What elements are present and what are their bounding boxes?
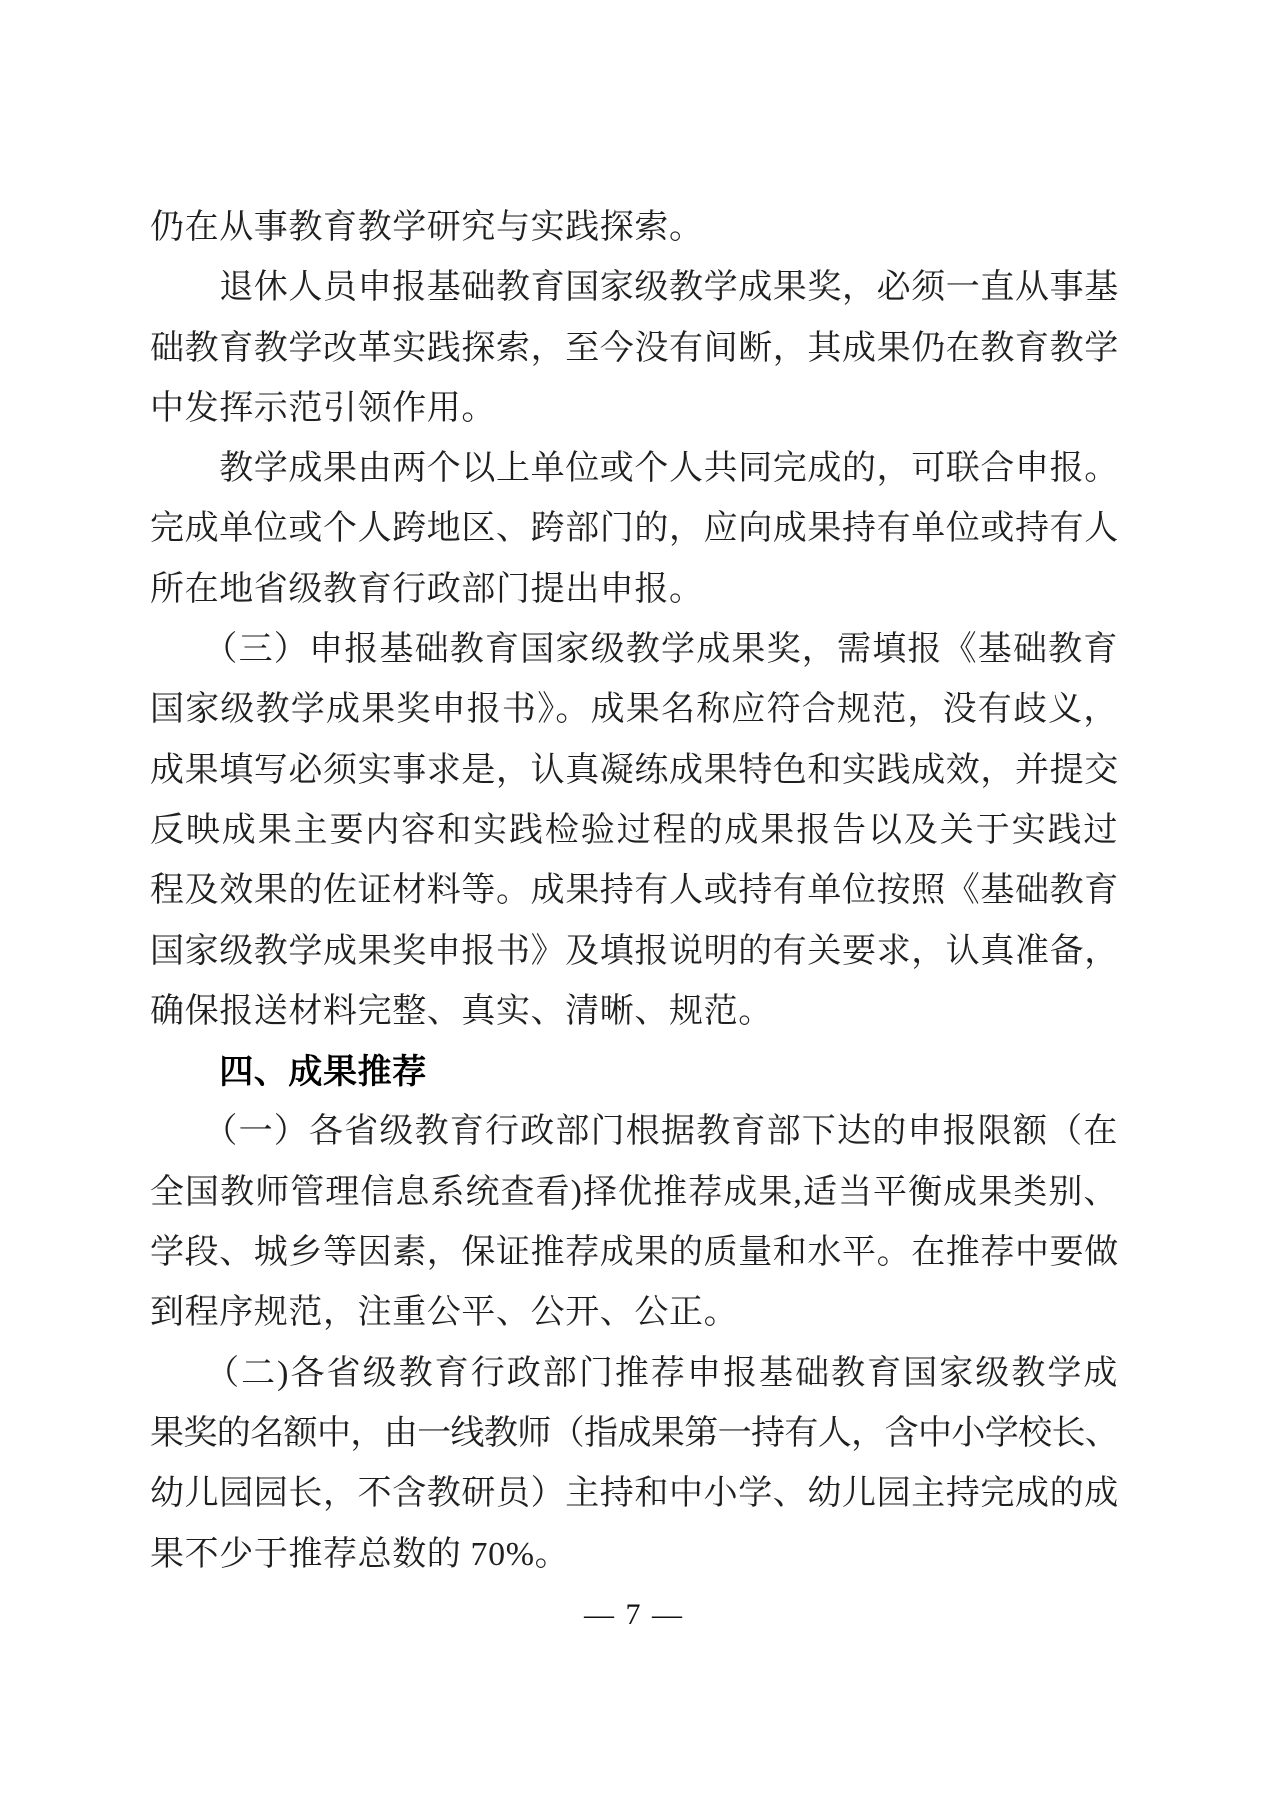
text-line: 到程序规范，注重公平、公开、公正。 — [150, 1283, 1118, 1343]
section-heading: 四、成果推荐 — [150, 1042, 1118, 1102]
text-line: 全国教师管理信息系统查看)择优推荐成果,适当平衡成果类别、 — [150, 1163, 1118, 1223]
text-line: 果奖的名额中，由一线教师（指成果第一持有人，含中小学校长、 — [150, 1404, 1118, 1464]
text-line: 反映成果主要内容和实践检验过程的成果报告以及关于实践过 — [150, 801, 1118, 861]
text-line: （二)各省级教育行政部门推荐申报基础教育国家级教学成 — [150, 1344, 1118, 1404]
text-line: 础教育教学改革实践探索，至今没有间断，其成果仍在教育教学 — [150, 319, 1118, 379]
document-body: 仍在从事教育教学研究与实践探索。 退休人员申报基础教育国家级教学成果奖，必须一直… — [150, 198, 1118, 1645]
text-line: 退休人员申报基础教育国家级教学成果奖，必须一直从事基 — [150, 258, 1118, 318]
text-line: 仍在从事教育教学研究与实践探索。 — [150, 198, 1118, 258]
text-line: 成果填写必须实事求是，认真凝练成果特色和实践成效，并提交 — [150, 741, 1118, 801]
text-line: 幼儿园园长，不含教研员）主持和中小学、幼儿园主持完成的成 — [150, 1464, 1118, 1524]
document-page: 仍在从事教育教学研究与实践探索。 退休人员申报基础教育国家级教学成果奖，必须一直… — [0, 0, 1280, 1810]
text-line: 教学成果由两个以上单位或个人共同完成的，可联合申报。 — [150, 439, 1118, 499]
text-line: 确保报送材料完整、真实、清晰、规范。 — [150, 982, 1118, 1042]
text-line: （三）申报基础教育国家级教学成果奖，需填报《基础教育 — [150, 620, 1118, 680]
text-line: 所在地省级教育行政部门提出申报。 — [150, 560, 1118, 620]
page-number: — 7 — — [150, 1585, 1118, 1645]
text-line: 学段、城乡等因素，保证推荐成果的质量和水平。在推荐中要做 — [150, 1223, 1118, 1283]
text-line: 国家级教学成果奖申报书》及填报说明的有关要求，认真准备， — [150, 922, 1118, 982]
text-line: 中发挥示范引领作用。 — [150, 379, 1118, 439]
text-line: 完成单位或个人跨地区、跨部门的，应向成果持有单位或持有人 — [150, 499, 1118, 559]
text-line: （一）各省级教育行政部门根据教育部下达的申报限额（在 — [150, 1102, 1118, 1162]
text-line: 果不少于推荐总数的 70%。 — [150, 1525, 1118, 1585]
text-line: 程及效果的佐证材料等。成果持有人或持有单位按照《基础教育 — [150, 861, 1118, 921]
text-line: 国家级教学成果奖申报书》。成果名称应符合规范，没有歧义， — [150, 680, 1118, 740]
